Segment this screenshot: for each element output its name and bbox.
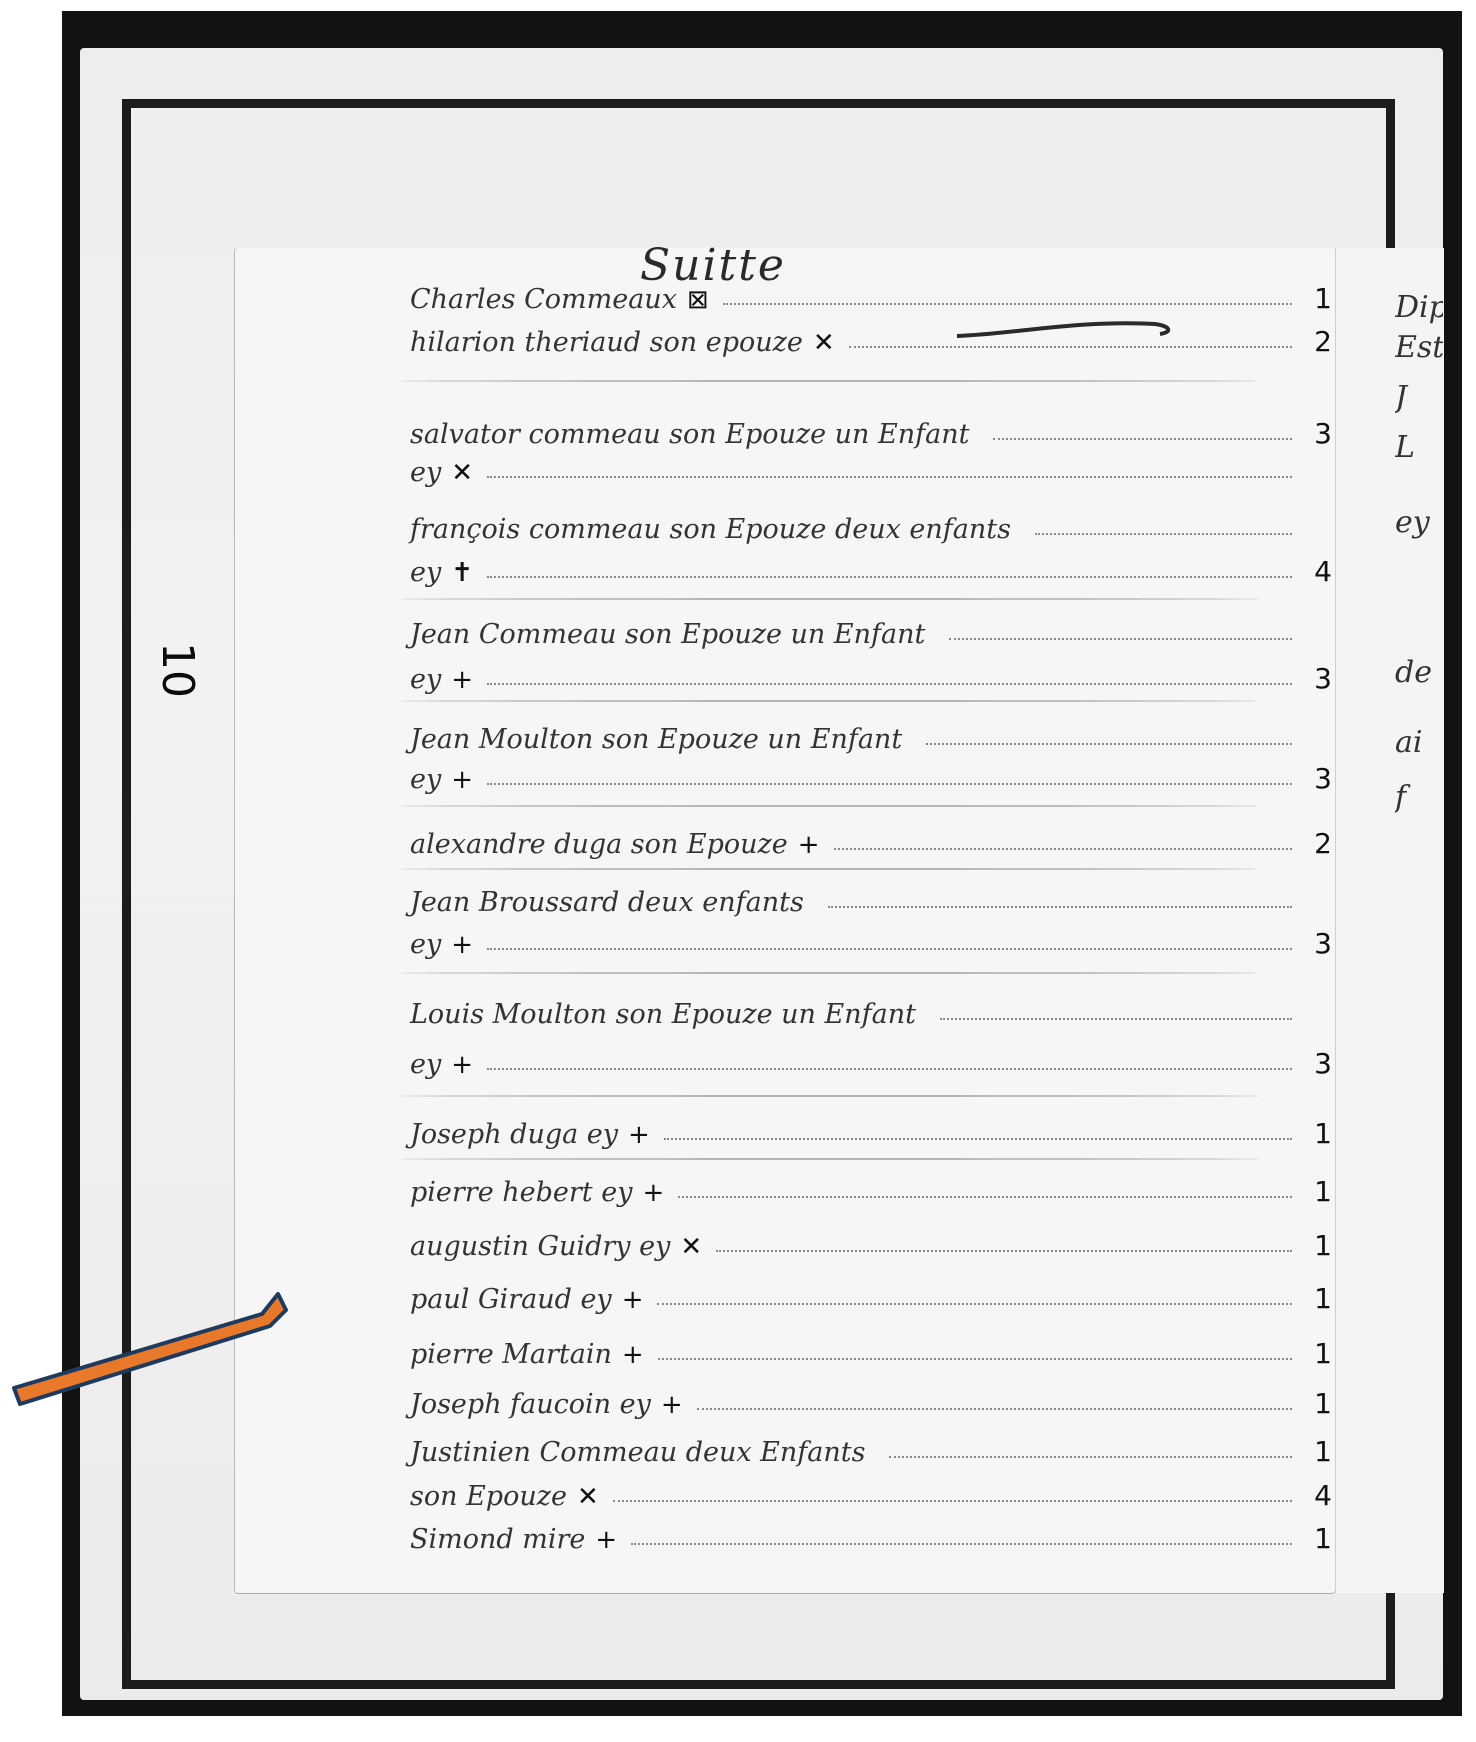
adjacent-page-text: ey — [1395, 505, 1443, 540]
household-count: 4 — [1306, 555, 1340, 588]
list-item: françois commeau son Epouze deux enfants — [410, 505, 1340, 545]
list-item: ey+3 — [410, 655, 1340, 695]
signature-mark: + — [451, 765, 473, 795]
household-count: 1 — [1306, 1435, 1340, 1468]
signature-mark: + — [451, 1050, 473, 1080]
list-item: pierre Martain+1 — [410, 1330, 1340, 1370]
entry-separator — [400, 805, 1260, 807]
household-count: 4 — [1306, 1479, 1340, 1512]
list-item: salvator commeau son Epouze un Enfant3 — [410, 410, 1340, 450]
signature-mark: + — [798, 830, 820, 860]
pointer-arrow-icon — [0, 1270, 300, 1410]
household-count: 1 — [1306, 1522, 1340, 1555]
list-item: son Epouze✕4 — [410, 1472, 1340, 1512]
signature-mark: ✕ — [813, 328, 835, 358]
signature-mark: ✝ — [451, 558, 473, 588]
household-count: 3 — [1306, 1047, 1340, 1080]
entry-separator — [400, 868, 1260, 870]
adjacent-page-text: J — [1395, 380, 1443, 415]
list-item: alexandre duga son Epouze+2 — [410, 820, 1340, 860]
entry-separator — [400, 1158, 1260, 1160]
household-count: 1 — [1306, 1117, 1340, 1150]
adjacent-page-text: L — [1395, 430, 1443, 465]
list-item: ey+3 — [410, 755, 1340, 795]
entry-separator — [400, 1095, 1260, 1097]
signature-mark: ✕ — [577, 1482, 599, 1512]
adjacent-page-text: ai — [1395, 725, 1443, 760]
household-count: 3 — [1306, 927, 1340, 960]
signature-mark: + — [622, 1340, 644, 1370]
household-count: 3 — [1306, 417, 1340, 450]
signature-mark: + — [451, 930, 473, 960]
entry-separator — [400, 598, 1260, 600]
list-item: hilarion theriaud son epouze✕2 — [410, 318, 1340, 358]
household-count: 2 — [1306, 325, 1340, 358]
signature-mark: + — [642, 1178, 664, 1208]
household-count: 1 — [1306, 1387, 1340, 1420]
list-item: Jean Moulton son Epouze un Enfant — [410, 715, 1340, 755]
list-item: Louis Moulton son Epouze un Enfant — [410, 990, 1340, 1030]
signature-mark: + — [451, 665, 473, 695]
list-item: ey+3 — [410, 920, 1340, 960]
signature-mark: ⊠ — [687, 285, 709, 315]
entry-separator — [400, 380, 1260, 382]
signature-mark: + — [661, 1390, 683, 1420]
list-item: augustin Guidry ey✕1 — [410, 1222, 1340, 1262]
household-count: 3 — [1306, 762, 1340, 795]
household-count: 1 — [1306, 1282, 1340, 1315]
household-count: 2 — [1306, 827, 1340, 860]
list-item: pierre hebert ey+1 — [410, 1168, 1340, 1208]
list-item: Charles Commeaux⊠1 — [410, 275, 1340, 315]
signature-mark: + — [595, 1525, 617, 1555]
list-item: Justinien Commeau deux Enfants1 — [410, 1428, 1340, 1468]
list-item: Jean Broussard deux enfants — [410, 878, 1340, 918]
household-count: 1 — [1306, 1337, 1340, 1370]
household-count: 1 — [1306, 1175, 1340, 1208]
household-count: 1 — [1306, 1229, 1340, 1262]
list-item: Joseph faucoin ey+1 — [410, 1380, 1340, 1420]
adjacent-page-text: Dip — [1395, 290, 1443, 325]
household-count: 3 — [1306, 662, 1340, 695]
list-item: Jean Commeau son Epouze un Enfant — [410, 610, 1340, 650]
entry-separator — [400, 700, 1260, 702]
signature-mark: + — [628, 1120, 650, 1150]
list-item: Joseph duga ey+1 — [410, 1110, 1340, 1150]
list-item: Simond mire+1 — [410, 1515, 1340, 1555]
list-item: ey✕ — [410, 448, 1340, 488]
list-item: paul Giraud ey+1 — [410, 1275, 1340, 1315]
signature-mark: + — [622, 1285, 644, 1315]
entry-list: Charles Commeaux⊠1 hilarion theriaud son… — [0, 0, 1476, 1742]
signature-mark: ✕ — [680, 1232, 702, 1262]
adjacent-page-text: Est — [1395, 330, 1443, 365]
adjacent-page-text: f — [1395, 780, 1443, 815]
signature-mark: ✕ — [451, 458, 473, 488]
adjacent-page-text: de — [1395, 655, 1443, 690]
list-item: ey✝4 — [410, 548, 1340, 588]
entry-separator — [400, 972, 1260, 974]
household-count: 1 — [1306, 282, 1340, 315]
list-item: ey+3 — [410, 1040, 1340, 1080]
